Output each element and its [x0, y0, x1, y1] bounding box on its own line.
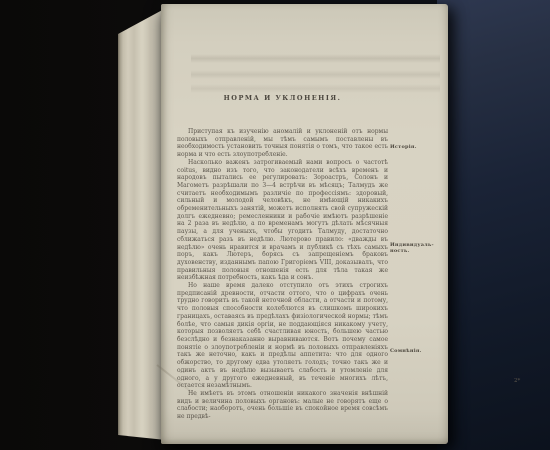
scan-artifact-band: [191, 54, 440, 63]
margin-note: Сомнѣнія.: [390, 349, 440, 355]
body-paragraph: Приступая къ изученію аномалій и уклонен…: [177, 128, 388, 159]
book-page: НОРМА И УКЛОНЕНІЯ. Приступая къ изученію…: [161, 4, 448, 444]
margin-note: Индивидуаль-ность.: [390, 243, 426, 255]
page-fore-edges: [118, 8, 166, 440]
chapter-title: НОРМА И УКЛОНЕНІЯ.: [177, 94, 388, 102]
book-cover-right: [437, 0, 550, 450]
scan-artifact-band: [191, 70, 440, 79]
margin-note: Исторія.: [390, 145, 440, 151]
book-photo: НОРМА И УКЛОНЕНІЯ. Приступая къ изученію…: [0, 0, 550, 450]
body-text: Приступая къ изученію аномалій и уклонен…: [177, 128, 388, 421]
scan-artifact-band: [191, 84, 440, 93]
body-paragraph: Не имѣетъ въ этомъ отношеніи никакого зн…: [177, 390, 388, 421]
body-paragraph: Насколько важенъ затрогиваемый нами вопр…: [177, 159, 388, 282]
body-paragraph: Но наше время далеко отступило отъ этихъ…: [177, 282, 388, 390]
signature-mark: 2*: [514, 378, 520, 384]
